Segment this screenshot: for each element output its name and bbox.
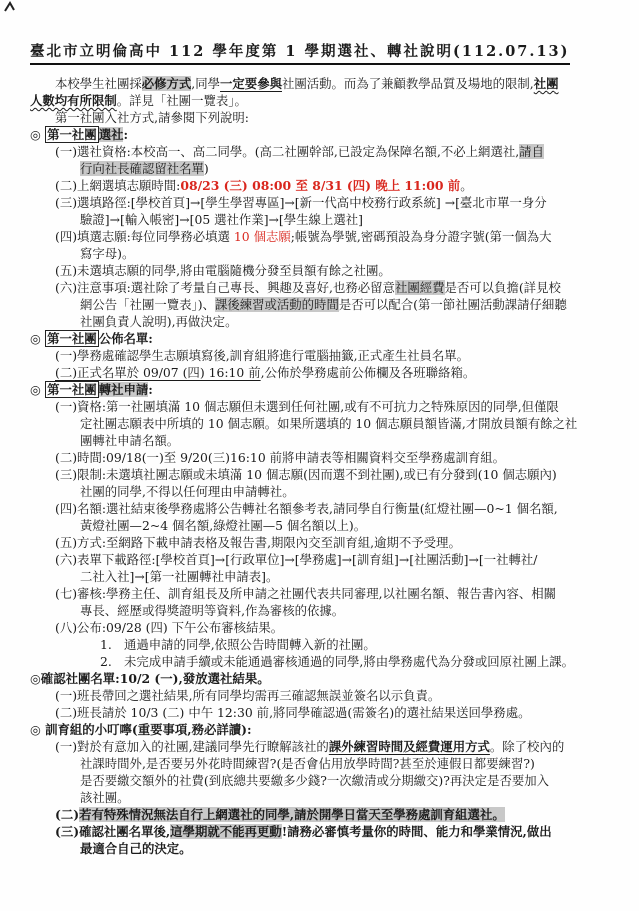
- doc-seg: (一)資格:第一社團填滿 10 個志願但未選到任何社團,或有不可抗力之特殊原因的…: [55, 399, 559, 414]
- doc-line: (一)選社資格:本校高一、高二同學。(高二社團幹部,已設定為保障名額,不必上網選…: [30, 143, 613, 160]
- doc-seg-b: !請務必審慎考量你的時間、能力和學業情況,做出: [282, 824, 552, 839]
- doc-line: 該社團。: [30, 789, 613, 806]
- doc-seg: ;帳號為學號,密碼預設為身分證字號(第一個為大: [291, 229, 552, 244]
- doc-seg: 。詳見「社團一覽表」。: [117, 93, 247, 108]
- doc-seg: 社團負責人說明),再做決定。: [80, 314, 237, 329]
- doc-seg: (一)選社資格:本校高一、高二同學。(高二社團幹部,已設定為保障名額,不必上網選…: [55, 144, 519, 159]
- doc-line: (二)正式名單於 09/07 (四) 16:10 前,公佈於學務處前公佈欄及各班…: [30, 364, 613, 381]
- doc-seg: 本校學生社團採: [55, 76, 142, 91]
- doc-line: 人數均有所限制。詳見「社團一覽表」。: [30, 92, 613, 109]
- scan-artifact-icon: [3, 1, 17, 13]
- doc-seg: ◎確認社團名單:10/2 (一),發放選社結果。: [30, 671, 270, 686]
- doc-seg-box: 第一社團: [45, 126, 99, 143]
- doc-seg: (七)審核:學務主任、訓育組長及所申請之社團代表共同審理,以社團名額、報告書內容…: [55, 586, 556, 601]
- document-page: 臺北市立明倫高中 112 學年度第 1 學期選社、轉社說明(112.07.13)…: [0, 0, 639, 911]
- doc-line: (三)選填路徑:[學校首頁]→[學生學習專區]→[新一代高中校務行政系統] →[…: [30, 194, 613, 211]
- doc-seg-b: 最適合自己的決定。: [80, 841, 192, 856]
- doc-seg: (六)注意事項:選社除了考量自己專長、興趣及喜好,也務必留意: [55, 280, 395, 295]
- doc-seg-hl: 轉社申請: [99, 382, 149, 397]
- doc-line: (一)學務處確認學生志願填寫後,訓育組將進行電腦抽籤,正式產生社員名單。: [30, 347, 613, 364]
- doc-seg-num: 1.: [100, 636, 124, 653]
- doc-line: 1.通過申請的同學,依照公告時間轉入新的社團。: [30, 636, 613, 653]
- doc-seg-wavy: 社團: [534, 76, 559, 91]
- doc-line: (五)方式:至網路下載申請表格及報告書,期限內交至訓育組,逾期不予受理。: [30, 534, 613, 551]
- doc-seg-bu: 課外練習時間及經費運用方式: [329, 739, 490, 754]
- doc-seg: ◎: [30, 331, 45, 346]
- doc-seg-hl: 社團經費: [395, 280, 445, 295]
- doc-seg: 黃燈社團—2~4 個名額,綠燈社團—5 個名額以上)。: [80, 518, 366, 533]
- doc-seg: 團轉社申請名額。: [80, 433, 179, 448]
- doc-seg: 社團的同學,不得以任何理由申請轉社。: [80, 484, 295, 499]
- doc-seg: (一)班長帶回之選社結果,所有同學均需再三確認無誤並簽名以示負責。: [55, 688, 440, 703]
- doc-line: (一)班長帶回之選社結果,所有同學均需再三確認無誤並簽名以示負責。: [30, 687, 613, 704]
- doc-line: ◎ 第一社團公佈名單:: [30, 330, 613, 347]
- doc-seg: 通過申請的同學,依照公告時間轉入新的社團。: [124, 637, 376, 652]
- doc-seg: ): [204, 161, 209, 176]
- doc-seg: (八)公布:09/28 (四) 下午公布審核結果。: [55, 620, 283, 635]
- doc-line: 社團的同學,不得以任何理由申請轉社。: [30, 483, 613, 500]
- doc-line: (四)填選志願:每位同學務必填選 10 個志願;帳號為學號,密碼預設為身分證字號…: [30, 228, 613, 245]
- doc-seg: 定社團志願表中所填的 10 個志願。如果所選填的 10 個志願員額皆滿,才開放員…: [80, 416, 577, 431]
- doc-seg: 寫字母)。: [80, 246, 134, 261]
- document-body: 臺北市立明倫高中 112 學年度第 1 學期選社、轉社說明(112.07.13)…: [0, 0, 639, 857]
- doc-seg: (四)名額:選社結束後學務處將公告轉社名額參考表,請同學自行衡量(紅燈社團—0~…: [55, 501, 558, 516]
- doc-line: 二社入社]→[第一社團轉社申請表]。: [30, 568, 613, 585]
- doc-seg-b: (二): [55, 807, 79, 822]
- doc-seg-b: (三)確認社團名單後,: [55, 824, 170, 839]
- doc-seg-box: 第一社團: [45, 381, 99, 398]
- doc-seg: (四)填選志願:每位同學務必填選: [55, 229, 234, 244]
- doc-seg: 公佈名單:: [99, 331, 153, 346]
- doc-seg-red: 10 個志願: [234, 229, 291, 244]
- doc-line: 寫字母)。: [30, 245, 613, 262]
- doc-line: ◎ 第一社團選社:: [30, 126, 613, 143]
- doc-line: 定社團志願表中所填的 10 個志願。如果所選填的 10 個志願員額皆滿,才開放員…: [30, 415, 613, 432]
- doc-line: (二)若有特殊情況無法自行上網選社的同學,請於開學日當天至學務處訓育組選社。: [30, 806, 613, 823]
- doc-seg: (一)對於有意加入的社團,建議同學先行瞭解該社的: [55, 739, 329, 754]
- doc-seg: (五)未選填志願的同學,將由電腦隨機分發至員額有餘之社團。: [55, 263, 391, 278]
- doc-line: (三)限制:未選填社團志願或未填滿 10 個志願(因而選不到社團),或已有分發到…: [30, 466, 613, 483]
- doc-line: 是否要繳交額外的社費(到底總共要繳多少錢?一次繳清或分期繳交)?再決定是否要加入: [30, 772, 613, 789]
- doc-line: (二)時間:09/18(一)至 9/20(三)16:10 前將申請表等相關資料交…: [30, 449, 613, 466]
- doc-line: 行向社長確認留社名單): [30, 160, 613, 177]
- doc-line: 網公告「社團一覽表」)、課後練習或活動的時間是否可以配合(第一節社團活動課請仔細…: [30, 296, 613, 313]
- doc-seg-u: (二)正式名單於 09/07 (四) 16:10 前: [55, 365, 261, 380]
- doc-seg: (二)時間:09/18(一)至 9/20(三)16:10 前將申請表等相關資料交…: [55, 450, 505, 465]
- doc-line: 第一社團入社方式,請參閱下列說明:: [30, 109, 613, 126]
- doc-line: (五)未選填志願的同學,將由電腦隨機分發至員額有餘之社團。: [30, 262, 613, 279]
- doc-seg: (一)學務處確認學生志願填寫後,訓育組將進行電腦抽籤,正式產生社員名單。: [55, 348, 469, 363]
- doc-seg-hlb: 若有特殊情況無法自行上網選社的同學,請於開學日當天至學務處訓育組選社。: [79, 807, 505, 822]
- doc-line: 專長、經歷或得獎證明等資料,作為審核的依據。: [30, 602, 613, 619]
- doc-line: (六)注意事項:選社除了考量自己專長、興趣及喜好,也務必留意社團經費是否可以負擔…: [30, 279, 613, 296]
- doc-line: 黃燈社團—2~4 個名額,綠燈社團—5 個名額以上)。: [30, 517, 613, 534]
- doc-line: (六)表單下載路徑:[學校首頁]→[行政單位]→[學務處]→[訓育組]→[社團活…: [30, 551, 613, 568]
- doc-seg: (二)上網選填志願時間:: [55, 178, 180, 193]
- doc-seg: (二)班長請於 10/3 (二) 中午 12:30 前,將同學確認過(需簽名)的…: [55, 705, 531, 720]
- doc-seg-hlb: 必修方式: [142, 76, 192, 91]
- doc-seg: ◎: [30, 382, 45, 397]
- doc-seg: 網公告「社團一覽表」)、: [80, 297, 215, 312]
- doc-line: (一)對於有意加入的社團,建議同學先行瞭解該社的課外練習時間及經費運用方式。除了…: [30, 738, 613, 755]
- doc-seg: ,同學: [191, 76, 220, 91]
- doc-line: (三)確認社團名單後,這學期就不能再更動!請務必審慎考量你的時間、能力和學業情況…: [30, 823, 613, 840]
- doc-seg: 是否可以配合(第一節社團活動課請仔細聽: [339, 297, 567, 312]
- document-lines: 本校學生社團採必修方式,同學一定要參與社團活動。而為了兼顧教學品質及場地的限制,…: [30, 75, 613, 857]
- doc-line: ◎確認社團名單:10/2 (一),發放選社結果。: [30, 670, 613, 687]
- doc-seg: :: [148, 382, 153, 397]
- doc-seg-hl: 選社: [99, 127, 124, 142]
- doc-seg: 。: [460, 178, 472, 193]
- doc-seg-hl: 課後練習或活動的時間: [215, 297, 339, 312]
- doc-line: 社團負責人說明),再做決定。: [30, 313, 613, 330]
- page-title: 臺北市立明倫高中 112 學年度第 1 學期選社、轉社說明(112.07.13): [30, 40, 570, 65]
- doc-line: (一)資格:第一社團填滿 10 個志願但未選到任何社團,或有不可抗力之特殊原因的…: [30, 398, 613, 415]
- doc-seg: ,公佈於學務處前公佈欄及各班聯絡箱。: [261, 365, 476, 380]
- doc-seg-hl: 行向社長確認留社名單: [80, 161, 204, 176]
- doc-seg: 社課時間外,是否要另外花時間練習?(是否會佔用放學時間?甚至於連假日都要練習?): [80, 756, 535, 771]
- doc-seg: 二社入社]→[第一社團轉社申請表]。: [80, 569, 278, 584]
- doc-seg: 社團活動。而為了兼顧教學品質及場地的限制,: [282, 76, 534, 91]
- doc-seg-hlb: 這學期就不能再更動: [170, 824, 282, 839]
- doc-line: (四)名額:選社結束後學務處將公告轉社名額參考表,請同學自行衡量(紅燈社團—0~…: [30, 500, 613, 517]
- doc-seg: (六)表單下載路徑:[學校首頁]→[行政單位]→[學務處]→[訓育組]→[社團活…: [55, 552, 537, 567]
- doc-line: (八)公布:09/28 (四) 下午公布審核結果。: [30, 619, 613, 636]
- doc-seg: 未完成申請手續或未能通過審核通過的同學,將由學務處代為分發或回原社團上課。: [124, 654, 574, 669]
- doc-line: (二)上網選填志願時間:08/23 (三) 08:00 至 8/31 (四) 晚…: [30, 177, 613, 194]
- doc-seg-wavy: 人數均有所限制: [30, 93, 117, 108]
- doc-seg-box: 第一社團: [45, 330, 99, 347]
- doc-seg: 驗證]→[輸入帳密]→[05 選社作業]→[學生線上選社]: [80, 212, 363, 227]
- doc-seg-redb: 08/23 (三) 08:00 至 8/31 (四) 晚上 11:00 前: [180, 178, 460, 193]
- doc-line: (七)審核:學務主任、訓育組長及所申請之社團代表共同審理,以社團名額、報告書內容…: [30, 585, 613, 602]
- doc-seg: ◎ 訓育組的小叮嚀(重要事項,務必詳讀):: [30, 722, 252, 737]
- doc-line: 2.未完成申請手續或未能通過審核通過的同學,將由學務處代為分發或回原社團上課。: [30, 653, 613, 670]
- doc-line: 驗證]→[輸入帳密]→[05 選社作業]→[學生線上選社]: [30, 211, 613, 228]
- doc-seg-bu: 一定要參與: [220, 76, 282, 91]
- doc-seg: 是否要繳交額外的社費(到底總共要繳多少錢?一次繳清或分期繳交)?再決定是否要加入: [80, 773, 549, 788]
- doc-line: 團轉社申請名額。: [30, 432, 613, 449]
- doc-line: 本校學生社團採必修方式,同學一定要參與社團活動。而為了兼顧教學品質及場地的限制,…: [30, 75, 613, 92]
- doc-seg: 該社團。: [80, 790, 130, 805]
- doc-seg: :: [123, 127, 128, 142]
- doc-seg: 第一社團入社方式,請參閱下列說明:: [55, 110, 249, 125]
- doc-seg: 專長、經歷或得獎證明等資料,作為審核的依據。: [80, 603, 344, 618]
- doc-seg: (三)選填路徑:[學校首頁]→[學生學習專區]→[新一代高中校務行政系統] →[…: [55, 195, 547, 210]
- doc-seg: (五)方式:至網路下載申請表格及報告書,期限內交至訓育組,逾期不予受理。: [55, 535, 461, 550]
- doc-line: ◎ 訓育組的小叮嚀(重要事項,務必詳讀):: [30, 721, 613, 738]
- doc-seg: (三)限制:未選填社團志願或未填滿 10 個志願(因而選不到社團),或已有分發到…: [55, 467, 557, 482]
- title-row: 臺北市立明倫高中 112 學年度第 1 學期選社、轉社說明(112.07.13): [30, 40, 613, 65]
- doc-seg: 是否可以負擔(詳見校: [445, 280, 561, 295]
- doc-line: ◎ 第一社團轉社申請:: [30, 381, 613, 398]
- doc-seg-num: 2.: [100, 653, 124, 670]
- doc-line: 社課時間外,是否要另外花時間練習?(是否會佔用放學時間?甚至於連假日都要練習?): [30, 755, 613, 772]
- doc-line: (二)班長請於 10/3 (二) 中午 12:30 前,將同學確認過(需簽名)的…: [30, 704, 613, 721]
- doc-seg-hl: 請自: [519, 144, 544, 159]
- doc-seg: 。除了校內的: [490, 739, 564, 754]
- doc-seg: ◎: [30, 127, 45, 142]
- doc-line: 最適合自己的決定。: [30, 840, 613, 857]
